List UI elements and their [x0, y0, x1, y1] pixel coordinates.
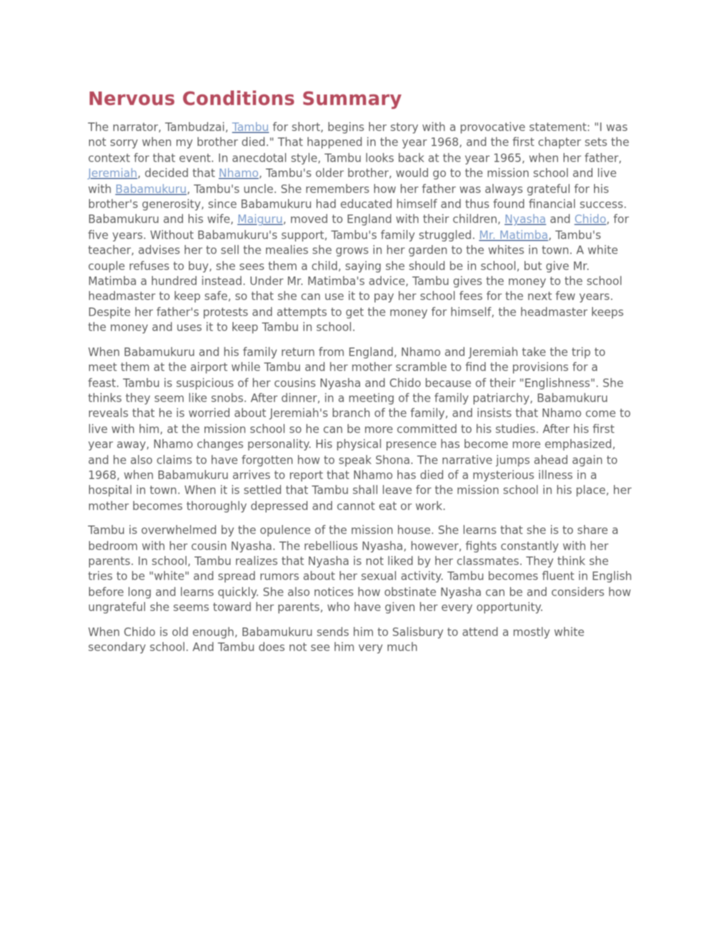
character-link[interactable]: Babamukuru [115, 183, 186, 196]
character-link[interactable]: Chido [574, 213, 606, 226]
character-link[interactable]: Nyasha [505, 213, 547, 226]
document-body: The narrator, Tambudzai, Tambu for short… [88, 120, 633, 655]
character-link[interactable]: Mr. Matimba [479, 229, 548, 242]
body-paragraph: Tambu is overwhelmed by the opulence of … [88, 523, 633, 615]
paragraph-text: The narrator, Tambudzai, [88, 121, 232, 134]
body-paragraph: When Chido is old enough, Babamukuru sen… [88, 625, 633, 656]
document-page: Nervous Conditions Summary The narrator,… [88, 88, 633, 655]
character-link[interactable]: Tambu [232, 121, 269, 134]
paragraph-text: , Tambu's teacher, advises her to sell t… [88, 229, 624, 334]
body-paragraph: The narrator, Tambudzai, Tambu for short… [88, 120, 633, 336]
paragraph-text: , decided that [137, 167, 218, 180]
paragraph-text: When Babamukuru and his family return fr… [88, 346, 631, 513]
paragraph-text: When Chido is old enough, Babamukuru sen… [88, 626, 584, 654]
character-link[interactable]: Nhamo [219, 167, 259, 180]
paragraph-text: and [546, 213, 574, 226]
character-link[interactable]: Maiguru [237, 213, 283, 226]
character-link[interactable]: Jeremiah [88, 167, 137, 180]
paragraph-text: , moved to England with their children, [283, 213, 505, 226]
paragraph-text: Tambu is overwhelmed by the opulence of … [88, 524, 632, 614]
page-title: Nervous Conditions Summary [88, 88, 633, 112]
body-paragraph: When Babamukuru and his family return fr… [88, 345, 633, 514]
